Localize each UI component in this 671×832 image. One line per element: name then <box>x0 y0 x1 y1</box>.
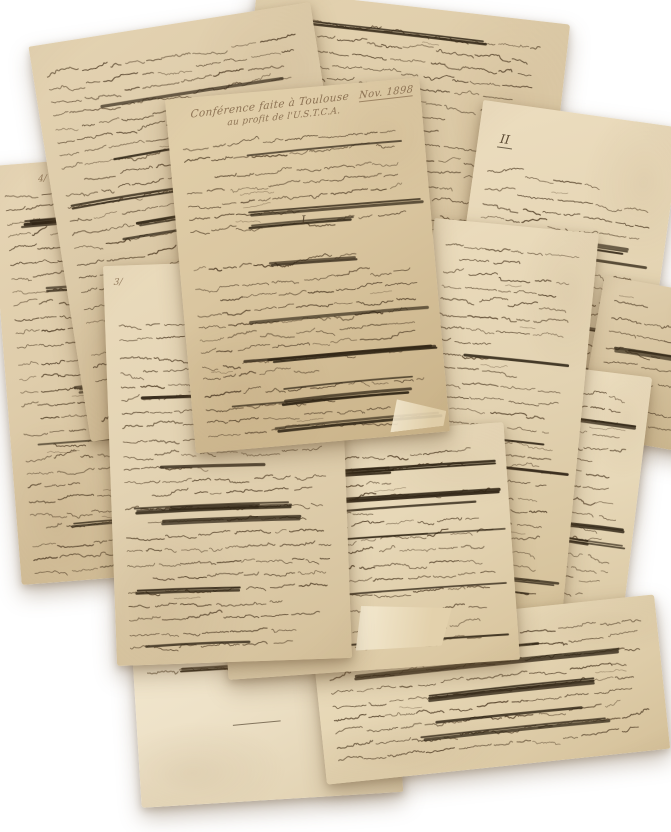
manuscript-page-central-top: Conférence faite à ToulouseNov. 1898 au … <box>165 78 450 454</box>
margin-number-4: 4/ <box>38 174 47 185</box>
manuscript-photo: II 4/ 3/ Conférence faite à ToulouseNov.… <box>0 0 671 832</box>
section-numeral-ii: II <box>497 132 514 149</box>
margin-number-3: 3/ <box>113 277 122 288</box>
handwriting-texture <box>165 78 450 454</box>
